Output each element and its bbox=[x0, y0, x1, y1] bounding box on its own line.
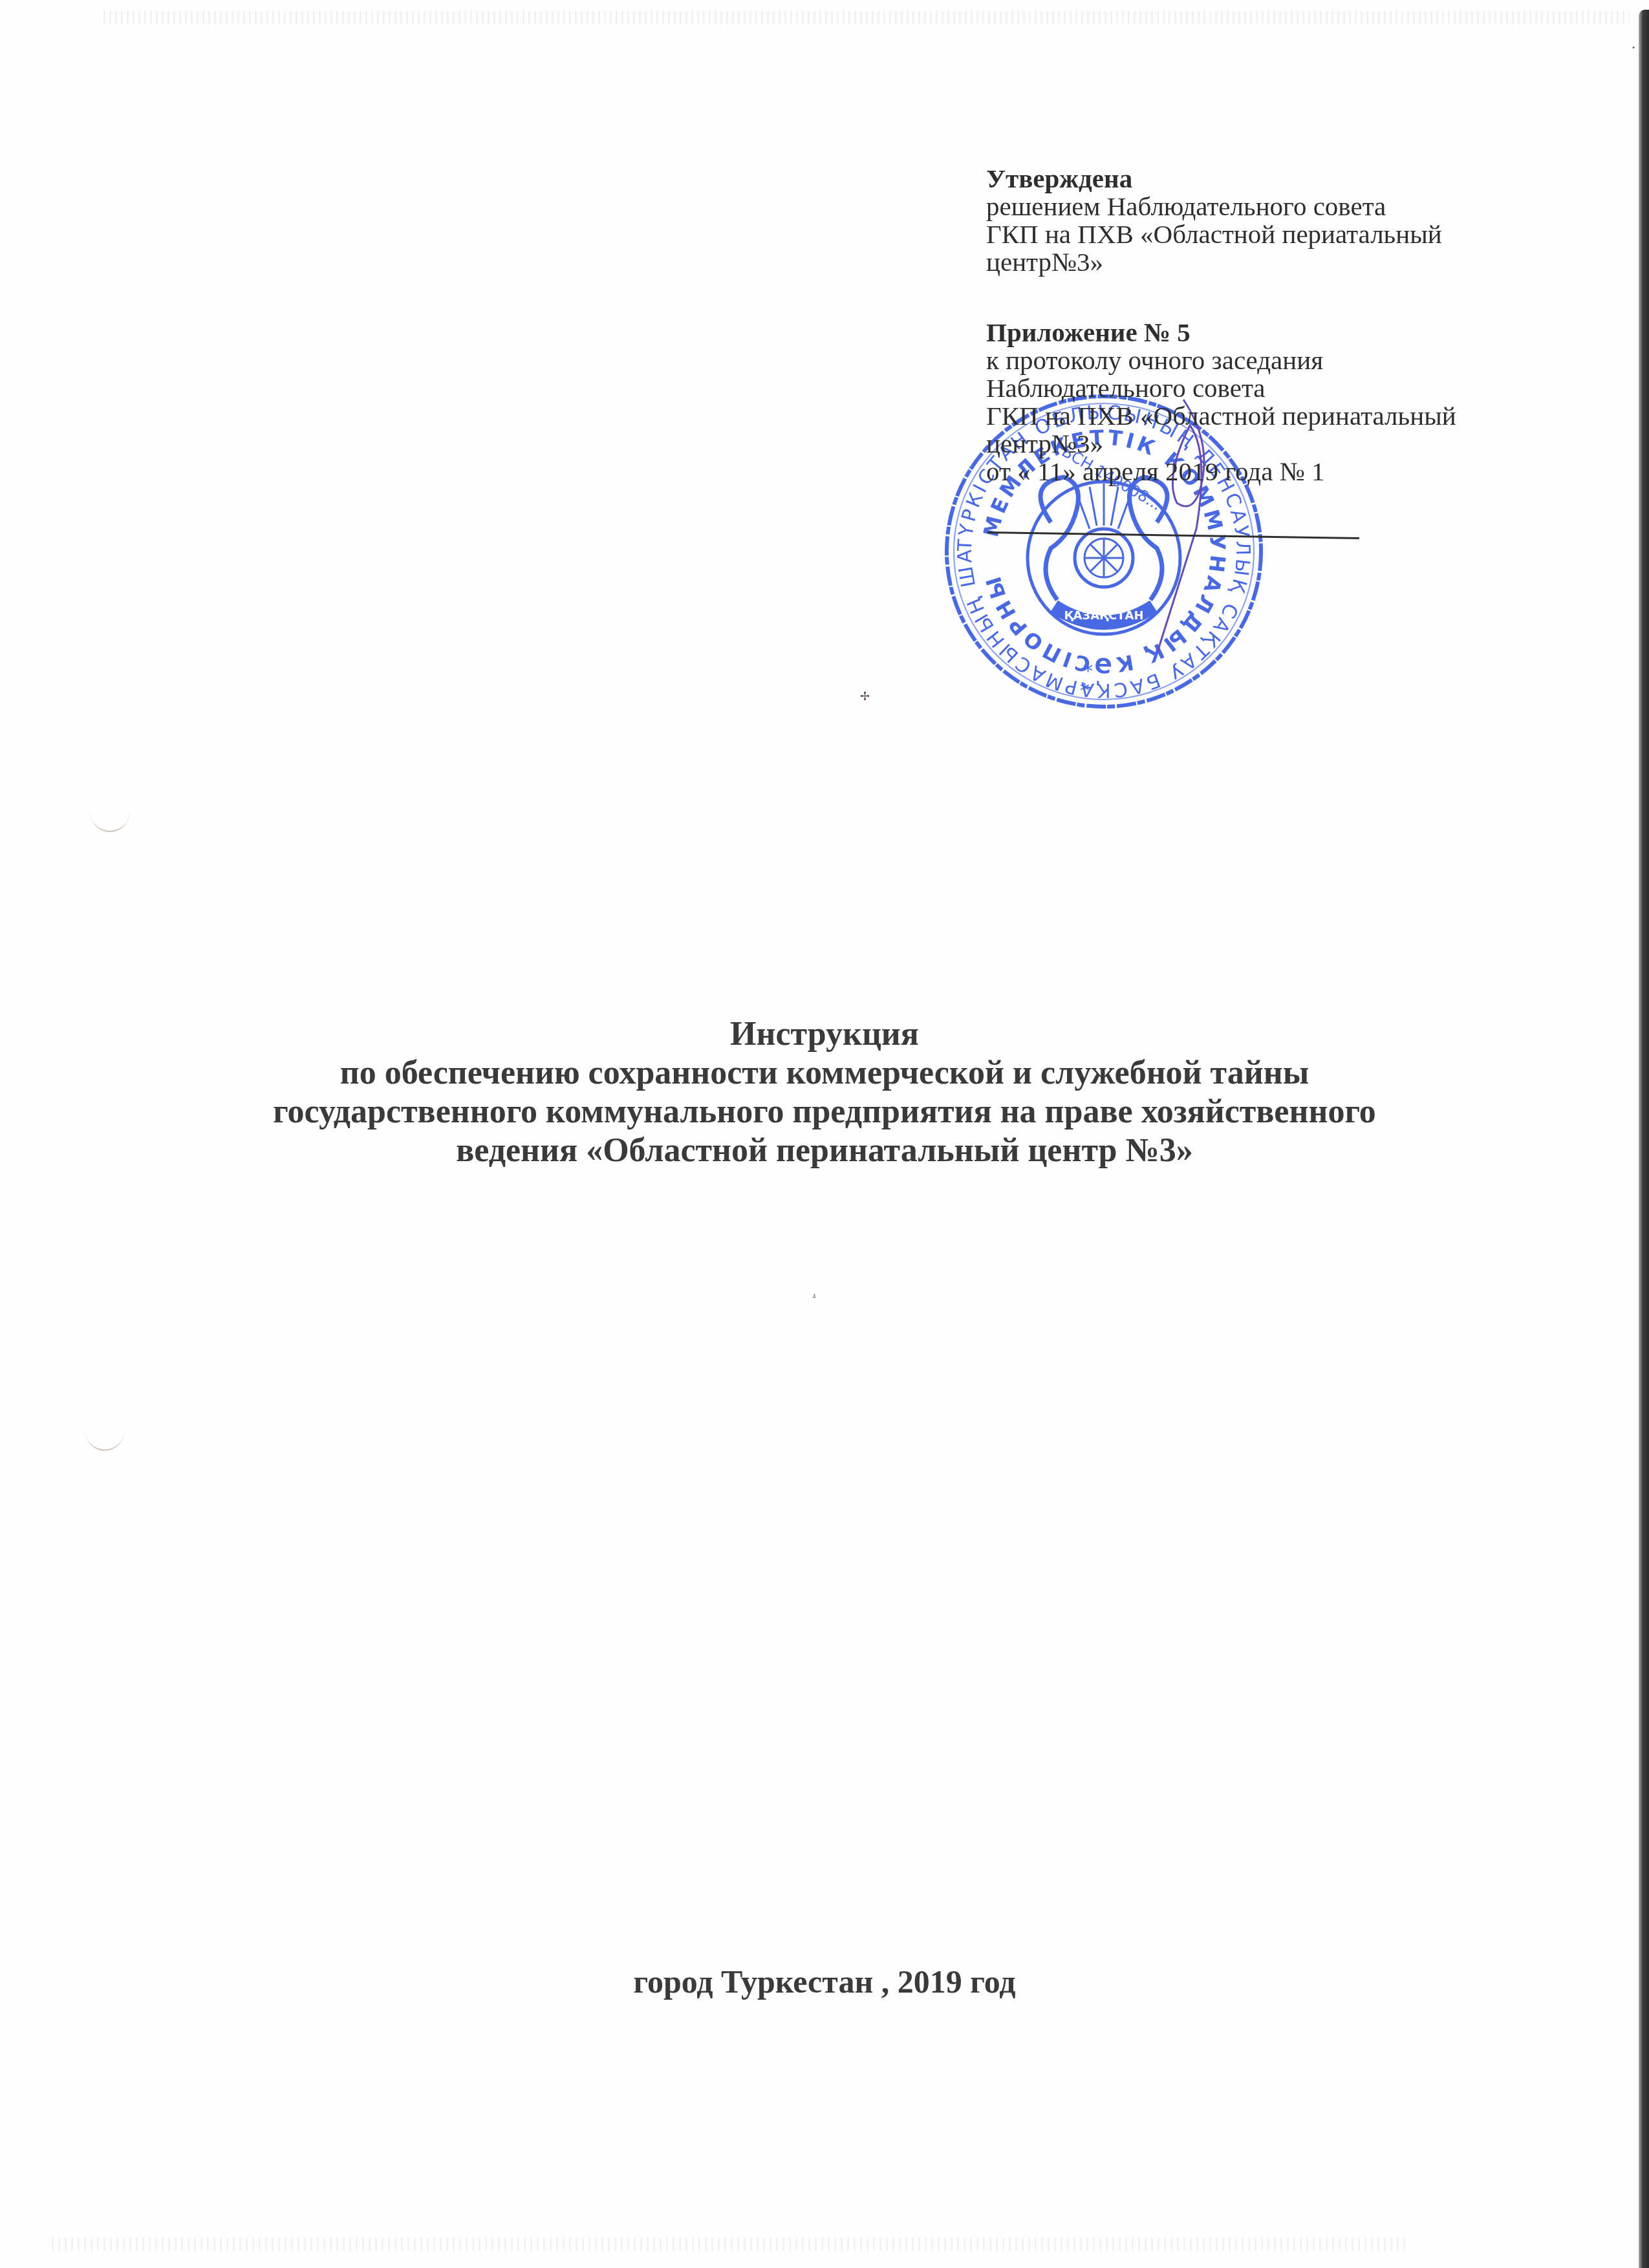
appendix-line: к протоколу очного заседания bbox=[986, 347, 1516, 374]
scan-noise-bottom bbox=[52, 2237, 1410, 2251]
approval-heading: Утверждена bbox=[986, 165, 1516, 193]
scan-speck: ⁴ bbox=[812, 1293, 816, 1303]
place-year: город Туркестан , 2019 год bbox=[0, 1962, 1649, 2001]
appendix-heading: Приложение № 5 bbox=[986, 319, 1516, 347]
appendix-line: ГКП на ПХВ «Областной перинатальный bbox=[986, 402, 1516, 430]
title-line: по обеспечению сохранности коммерческой … bbox=[0, 1054, 1649, 1093]
svg-text:*: * bbox=[1080, 679, 1090, 702]
hole-punch-mark bbox=[91, 811, 129, 832]
appendix-line: центр№3» bbox=[986, 430, 1516, 458]
approval-line: ГКП на ПХВ «Областной периатальный bbox=[986, 220, 1516, 248]
title-line: ведения «Областной перинатальный центр №… bbox=[0, 1131, 1649, 1170]
scan-speck: ✢ bbox=[860, 690, 870, 702]
approval-block: Утверждена решением Наблюдательного сове… bbox=[986, 165, 1516, 486]
approval-line: центр№3» bbox=[986, 248, 1516, 276]
stamp-center-label: ҚАЗАҚСТАН bbox=[1064, 609, 1143, 623]
document-title: Инструкция по обеспечению сохранности ко… bbox=[0, 1015, 1649, 1170]
title-line: государственного коммунального предприят… bbox=[0, 1093, 1649, 1131]
hole-punch-mark bbox=[85, 1430, 124, 1451]
title-line: Инструкция bbox=[0, 1015, 1649, 1054]
document-page: ✢ ⁴ • Утверждена решением Наблюдательног… bbox=[0, 0, 1649, 2268]
scan-noise-top bbox=[103, 11, 1630, 24]
approval-line: решением Наблюдательного совета bbox=[986, 193, 1516, 220]
appendix-line: Наблюдательного совета bbox=[986, 374, 1516, 402]
scan-speck: • bbox=[1632, 44, 1635, 52]
appendix-date-line: от « 11» апреля 2019 года № 1 bbox=[986, 458, 1516, 486]
